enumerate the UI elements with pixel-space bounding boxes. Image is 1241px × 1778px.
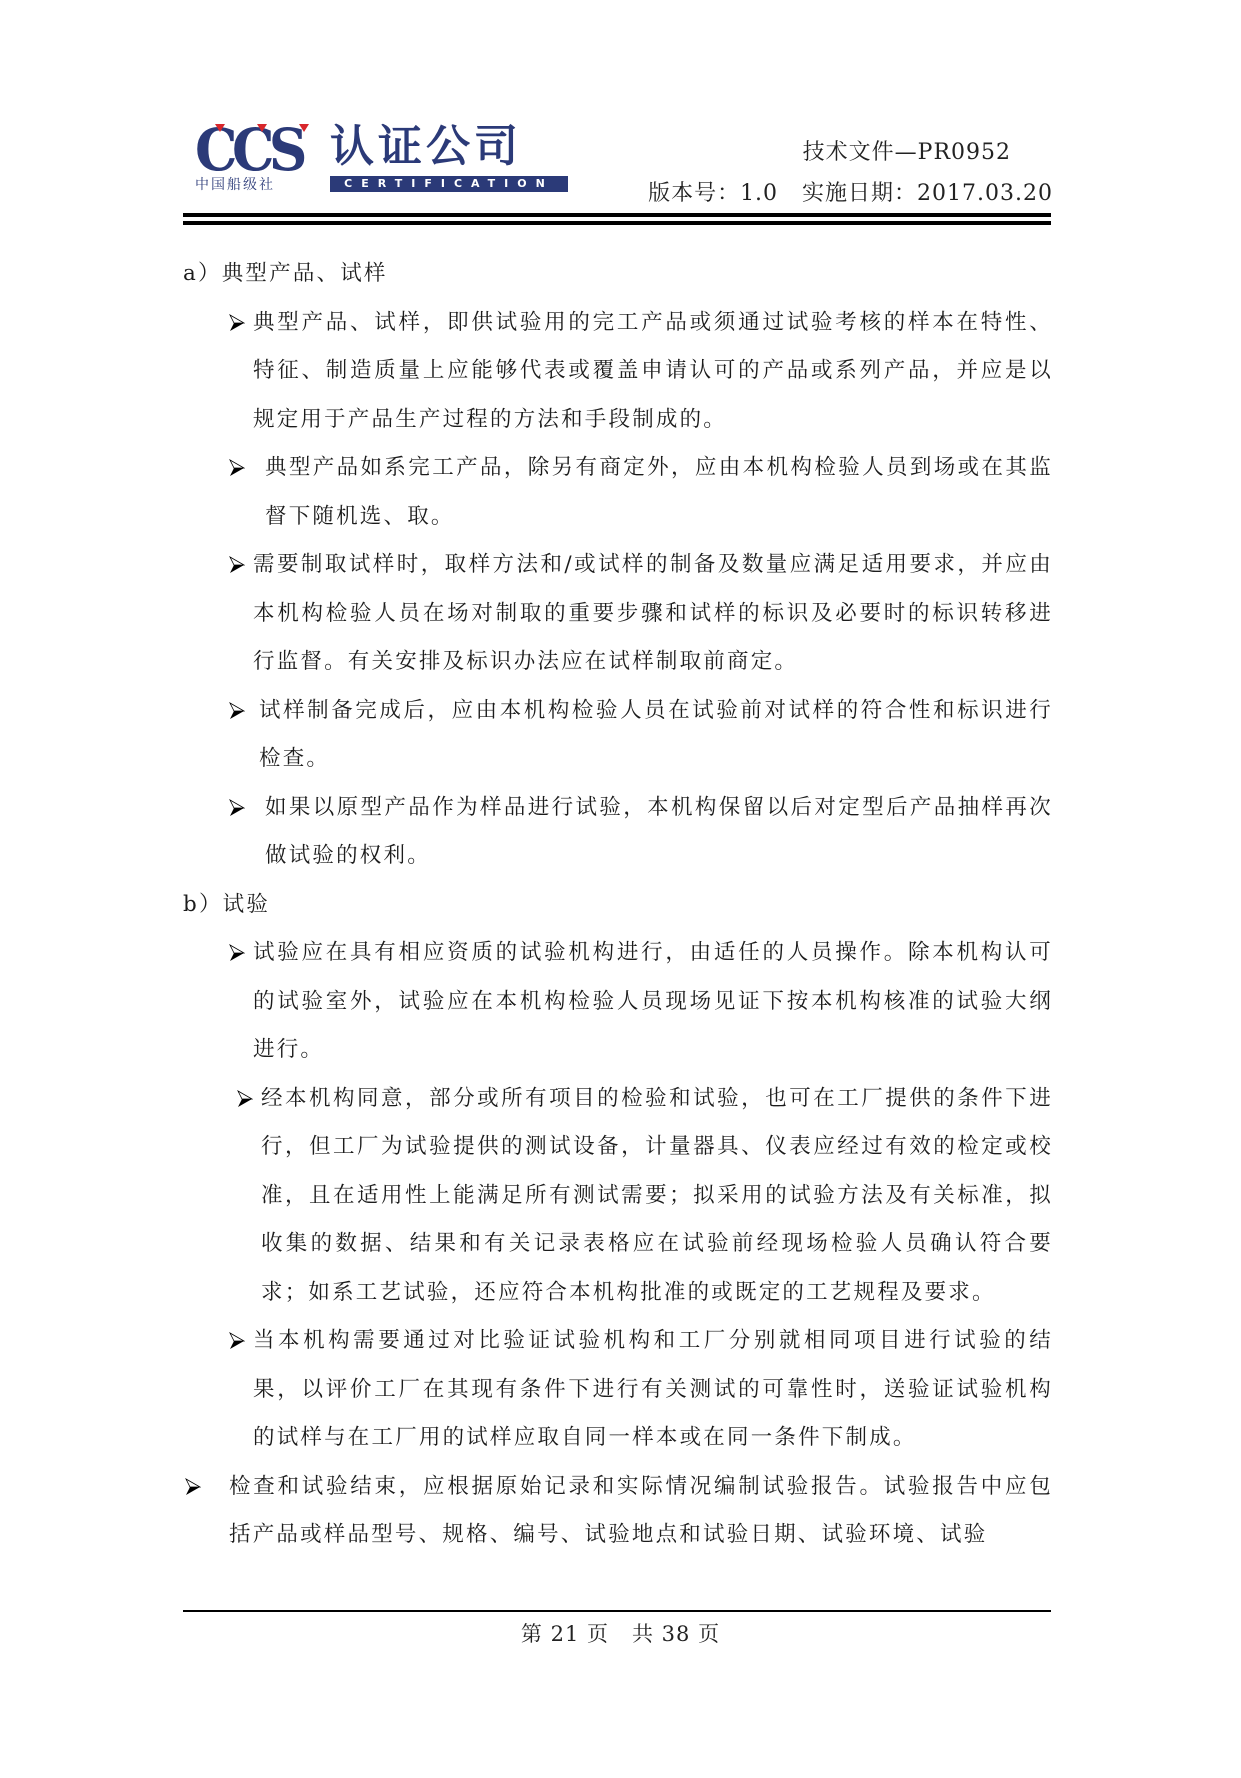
list-item: 试验应在具有相应资质的试验机构进行，由适任的人员操作。除本机构认可的试验室外，试… [229, 929, 1053, 1075]
arrow-icon [237, 1075, 253, 1124]
list-item: 当本机构需要通过对比验证试验机构和工厂分别就相同项目进行试验的结果，以评价工厂在… [229, 1317, 1053, 1463]
list-item: 经本机构同意，部分或所有项目的检验和试验，也可在工厂提供的条件下进行，但工厂为试… [237, 1075, 1053, 1318]
section-a: a）典型产品、试样 典型产品、试样，即供试验用的完工产品或须通过试验考核的样本在… [183, 250, 1053, 881]
list-item-text: 典型产品、试样，即供试验用的完工产品或须通过试验考核的样本在特性、特征、制造质量… [253, 299, 1053, 445]
arrow-icon [185, 1463, 201, 1512]
list-item: 典型产品如系完工产品，除另有商定外，应由本机构检验人员到场或在其监督下随机选、取… [229, 444, 1053, 541]
list-item: 需要制取试样时，取样方法和/或试样的制备及数量应满足适用要求，并应由本机构检验人… [229, 541, 1053, 687]
list-item-text: 试验应在具有相应资质的试验机构进行，由适任的人员操作。除本机构认可的试验室外，试… [253, 929, 1053, 1075]
list-item-text: 试样制备完成后，应由本机构检验人员在试验前对试样的符合性和标识进行检查。 [259, 687, 1053, 784]
company-logo: CCS 认证公司 中国船级社 CERTIFICATION [195, 120, 570, 195]
arrow-icon [229, 1317, 245, 1366]
section-b: b）试验 试验应在具有相应资质的试验机构进行，由适任的人员操作。除本机构认可的试… [183, 881, 1053, 1463]
arrow-icon [229, 444, 245, 493]
list-item-text: 当本机构需要通过对比验证试验机构和工厂分别就相同项目进行试验的结果，以评价工厂在… [253, 1317, 1053, 1463]
list-item-text: 经本机构同意，部分或所有项目的检验和试验，也可在工厂提供的条件下进行，但工厂为试… [261, 1075, 1053, 1318]
list-item: 如果以原型产品作为样品进行试验，本机构保留以后对定型后产品抽样再次做试验的权利。 [229, 784, 1053, 881]
page-number: 第 21 页 共 38 页 [0, 1618, 1241, 1648]
arrow-icon [229, 541, 245, 590]
list-item-text: 需要制取试样时，取样方法和/或试样的制备及数量应满足适用要求，并应由本机构检验人… [253, 541, 1053, 687]
arrow-icon [229, 784, 245, 833]
document-id: 技术文件—PR0952 [803, 135, 1011, 166]
list-item-text: 典型产品如系完工产品，除另有商定外，应由本机构检验人员到场或在其监督下随机选、取… [265, 444, 1053, 541]
list-item-final: 检查和试验结束，应根据原始记录和实际情况编制试验报告。试验报告中应包括产品或样品… [183, 1463, 1053, 1560]
arrow-icon [229, 687, 245, 736]
logo-certification-banner: CERTIFICATION [330, 176, 568, 192]
header-rule-bottom [183, 221, 1051, 225]
logo-society-name: 中国船级社 [195, 176, 275, 194]
list-item: 试样制备完成后，应由本机构检验人员在试验前对试样的符合性和标识进行检查。 [229, 687, 1053, 784]
list-item: 典型产品、试样，即供试验用的完工产品或须通过试验考核的样本在特性、特征、制造质量… [229, 299, 1053, 445]
document-body: a）典型产品、试样 典型产品、试样，即供试验用的完工产品或须通过试验考核的样本在… [183, 250, 1053, 1560]
section-heading: a）典型产品、试样 [183, 250, 1053, 299]
logo-company-name: 认证公司 [330, 122, 522, 172]
arrow-icon [229, 299, 245, 348]
arrow-icon [229, 929, 245, 978]
header-rule-top [183, 213, 1051, 217]
list-item-text: 如果以原型产品作为样品进行试验，本机构保留以后对定型后产品抽样再次做试验的权利。 [265, 784, 1053, 881]
section-heading: b）试验 [183, 881, 1053, 930]
list-item-text: 检查和试验结束，应根据原始记录和实际情况编制试验报告。试验报告中应包括产品或样品… [229, 1463, 1053, 1560]
version-and-date: 版本号：1.0 实施日期：2017.03.20 [648, 176, 1053, 207]
logo-ccs-mark: CCS [195, 120, 302, 180]
footer-rule [183, 1610, 1051, 1612]
